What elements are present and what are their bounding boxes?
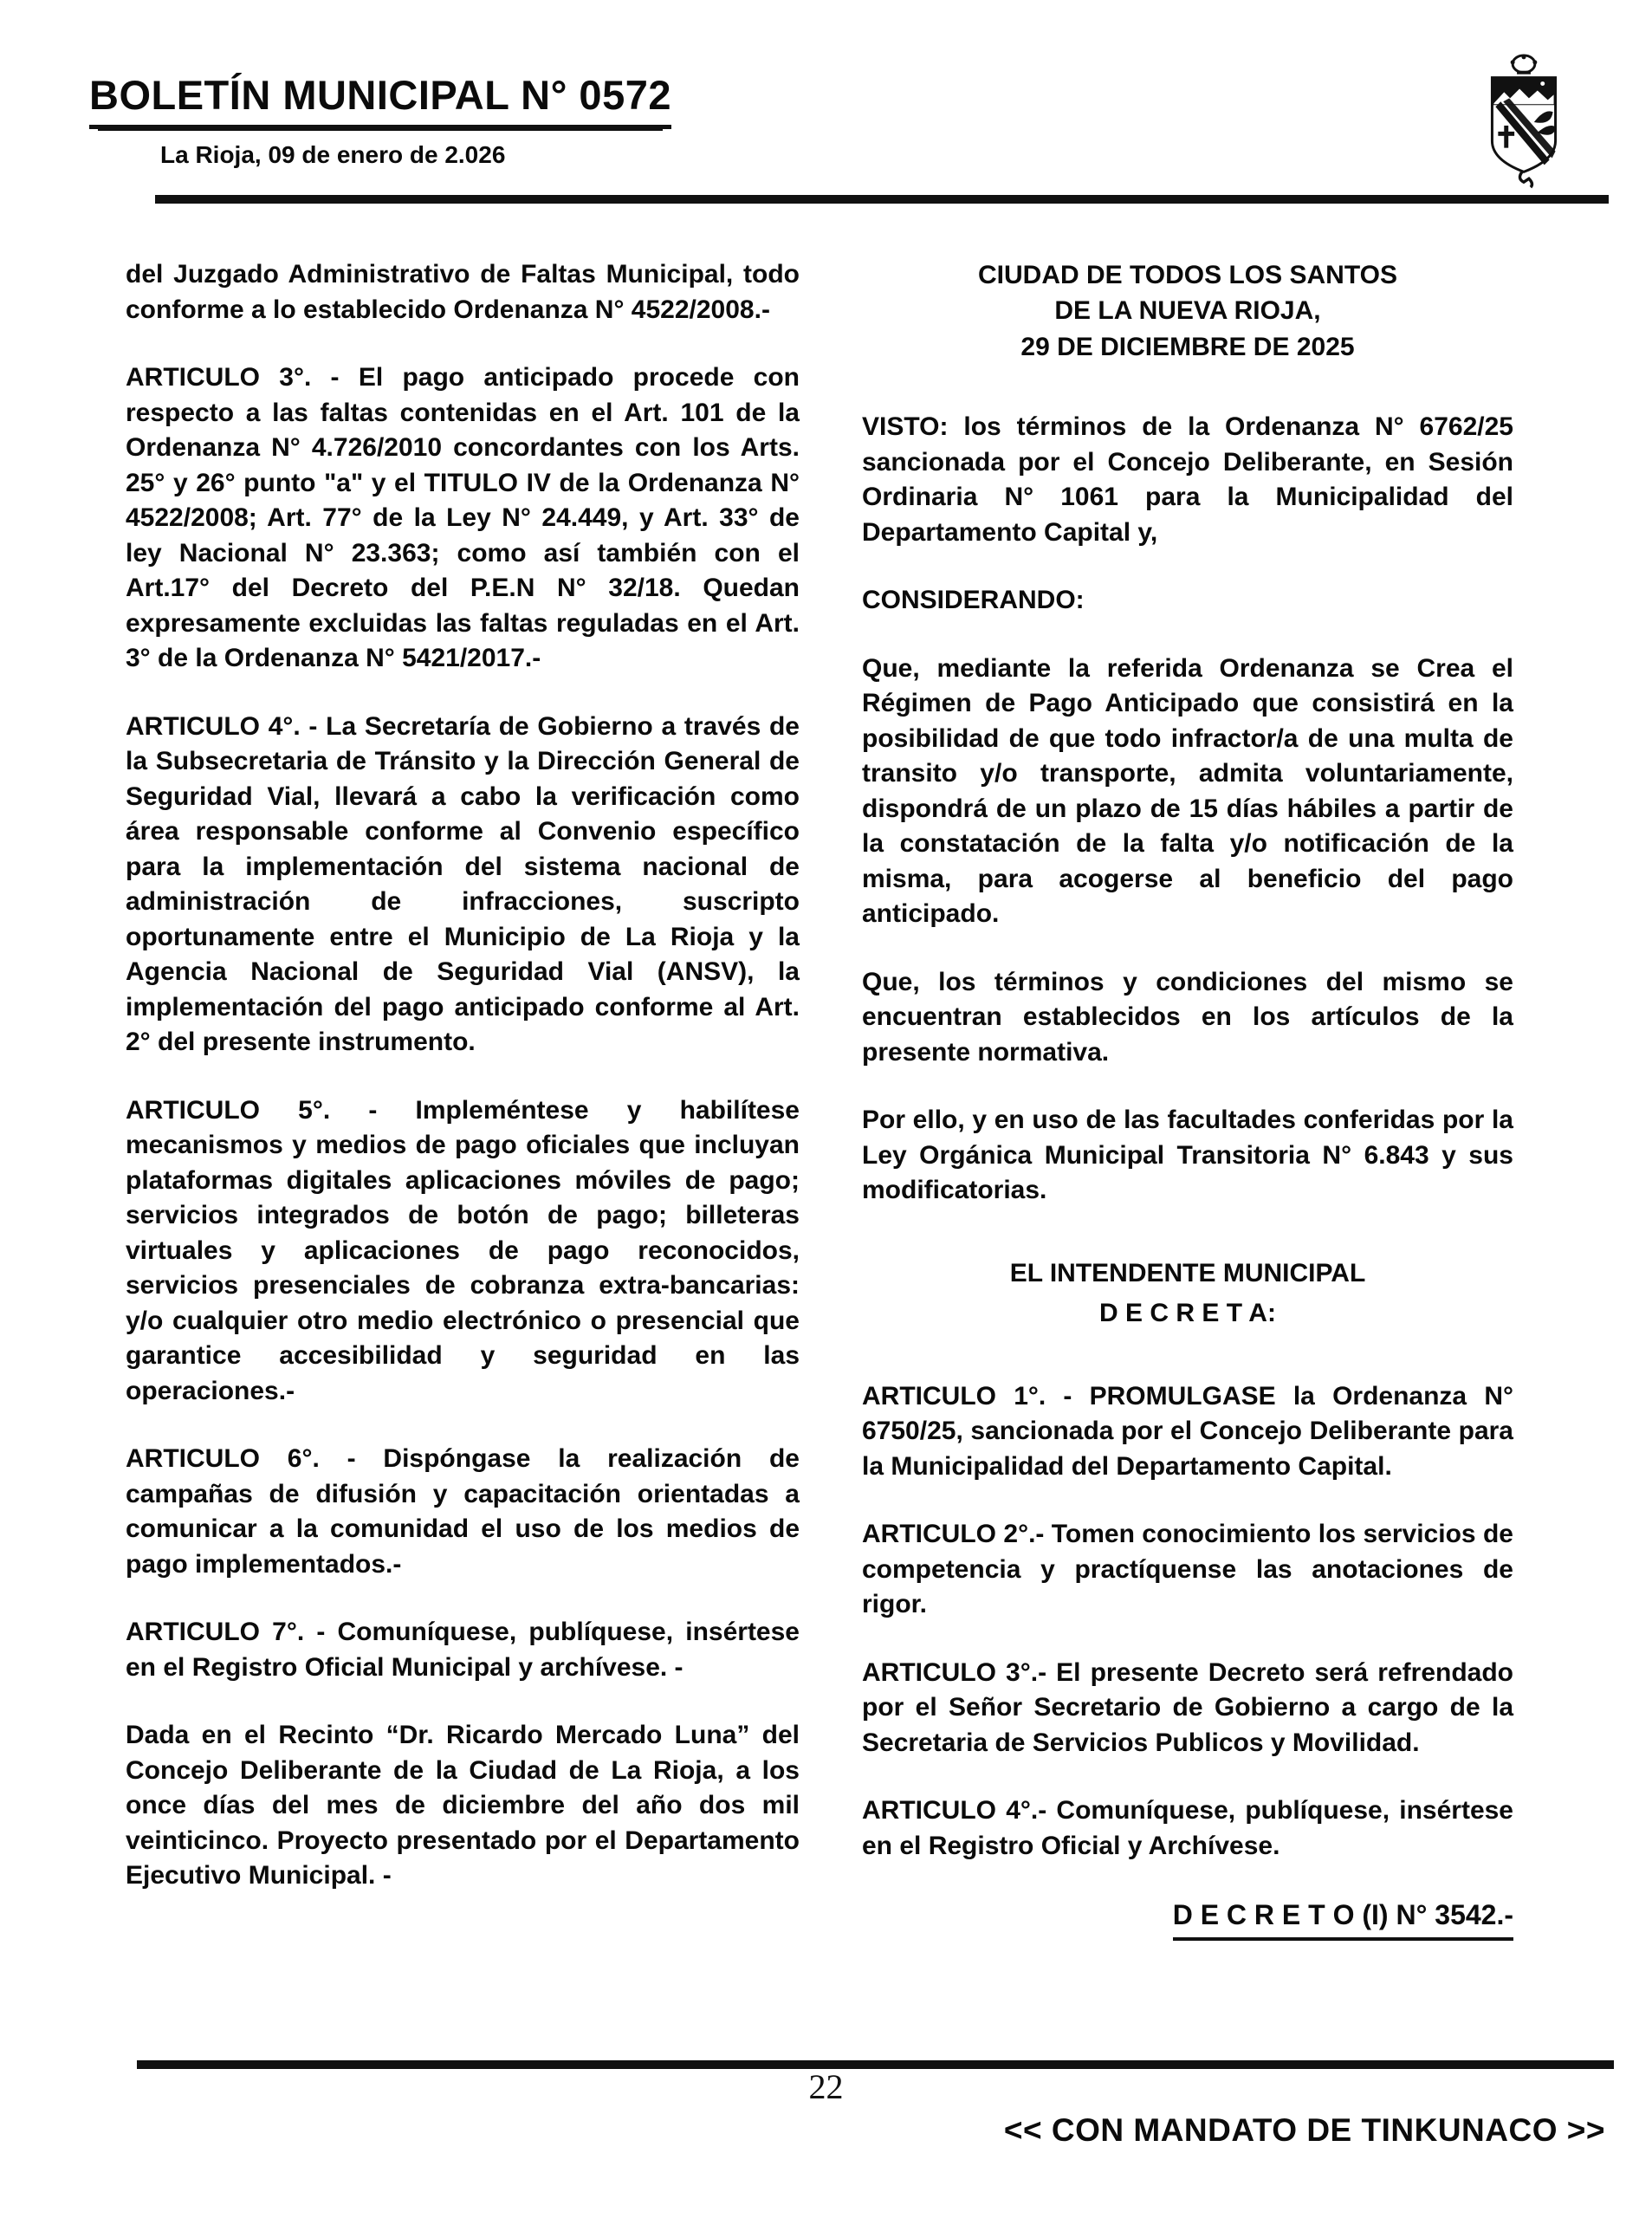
continuation-paragraph: del Juzgado Administrativo de Faltas Mun… [126, 257, 800, 328]
considerando-heading: CONSIDERANDO: [862, 583, 1513, 619]
city-dateline: CIUDAD DE TODOS LOS SANTOS DE LA NUEVA R… [862, 257, 1513, 365]
por-ello-paragraph: Por ello, y en uso de las facultades con… [862, 1103, 1513, 1209]
decreto-articulo-2: ARTICULO 2°.- Tomen conocimiento los ser… [862, 1517, 1513, 1623]
decreto-articulo-1: ARTICULO 1°. - PROMULGASE la Ordenanza N… [862, 1379, 1513, 1485]
dateline-line: DE LA NUEVA RIOJA, [862, 293, 1513, 328]
mandate-text: << CON MANDATO DE TINKUNACO >> [0, 2112, 1652, 2149]
articulo-3-paragraph: ARTICULO 3°. - El pago anticipado proced… [126, 360, 800, 677]
decree-number: D E C R E T O (I) N° 3542.- [862, 1897, 1513, 1941]
footer: 22 << CON MANDATO DE TINKUNACO >> [0, 2060, 1652, 2149]
header: BOLETÍN MUNICIPAL N° 0572 La Rioja, 09 d… [0, 0, 1652, 204]
right-column: CIUDAD DE TODOS LOS SANTOS DE LA NUEVA R… [862, 257, 1513, 1988]
header-divider-rule [155, 195, 1609, 204]
page-subtitle: La Rioja, 09 de enero de 2.026 [160, 141, 1652, 169]
dateline-line: 29 DE DICIEMBRE DE 2025 [862, 329, 1513, 365]
page-title: BOLETÍN MUNICIPAL N° 0572 [89, 71, 671, 129]
page-number: 22 [0, 2066, 1652, 2107]
decreta-heading: EL INTENDENTE MUNICIPAL D E C R E T A: [862, 1254, 1513, 1334]
articulo-7-paragraph: ARTICULO 7°. - Comuníquese, publíquese, … [126, 1615, 800, 1685]
content-columns: del Juzgado Administrativo de Faltas Mun… [0, 204, 1652, 1988]
decreta-heading-line: D E C R E T A: [862, 1294, 1513, 1334]
articulo-6-paragraph: ARTICULO 6°. - Dispóngase la realización… [126, 1442, 800, 1582]
decreta-heading-line: EL INTENDENTE MUNICIPAL [862, 1254, 1513, 1294]
decreto-articulo-4: ARTICULO 4°.- Comuníquese, publíquese, i… [862, 1793, 1513, 1864]
que-paragraph-2: Que, los términos y condiciones del mism… [862, 965, 1513, 1071]
visto-paragraph: VISTO: los términos de la Ordenanza N° 6… [862, 410, 1513, 550]
coat-of-arms-icon [1480, 50, 1567, 196]
articulo-4-paragraph: ARTICULO 4°. - La Secretaría de Gobierno… [126, 710, 800, 1060]
decreto-articulo-3: ARTICULO 3°.- El presente Decreto será r… [862, 1656, 1513, 1761]
dateline-line: CIUDAD DE TODOS LOS SANTOS [862, 257, 1513, 293]
que-paragraph-1: Que, mediante la referida Ordenanza se C… [862, 652, 1513, 932]
bulletin-page: BOLETÍN MUNICIPAL N° 0572 La Rioja, 09 d… [0, 0, 1652, 2218]
decree-number-text: D E C R E T O (I) N° 3542.- [1173, 1897, 1513, 1941]
dada-closing-paragraph: Dada en el Recinto “Dr. Ricardo Mercado … [126, 1718, 800, 1894]
left-column: del Juzgado Administrativo de Faltas Mun… [126, 257, 800, 1988]
articulo-5-paragraph: ARTICULO 5°. - Impleméntese y habilítese… [126, 1093, 800, 1410]
